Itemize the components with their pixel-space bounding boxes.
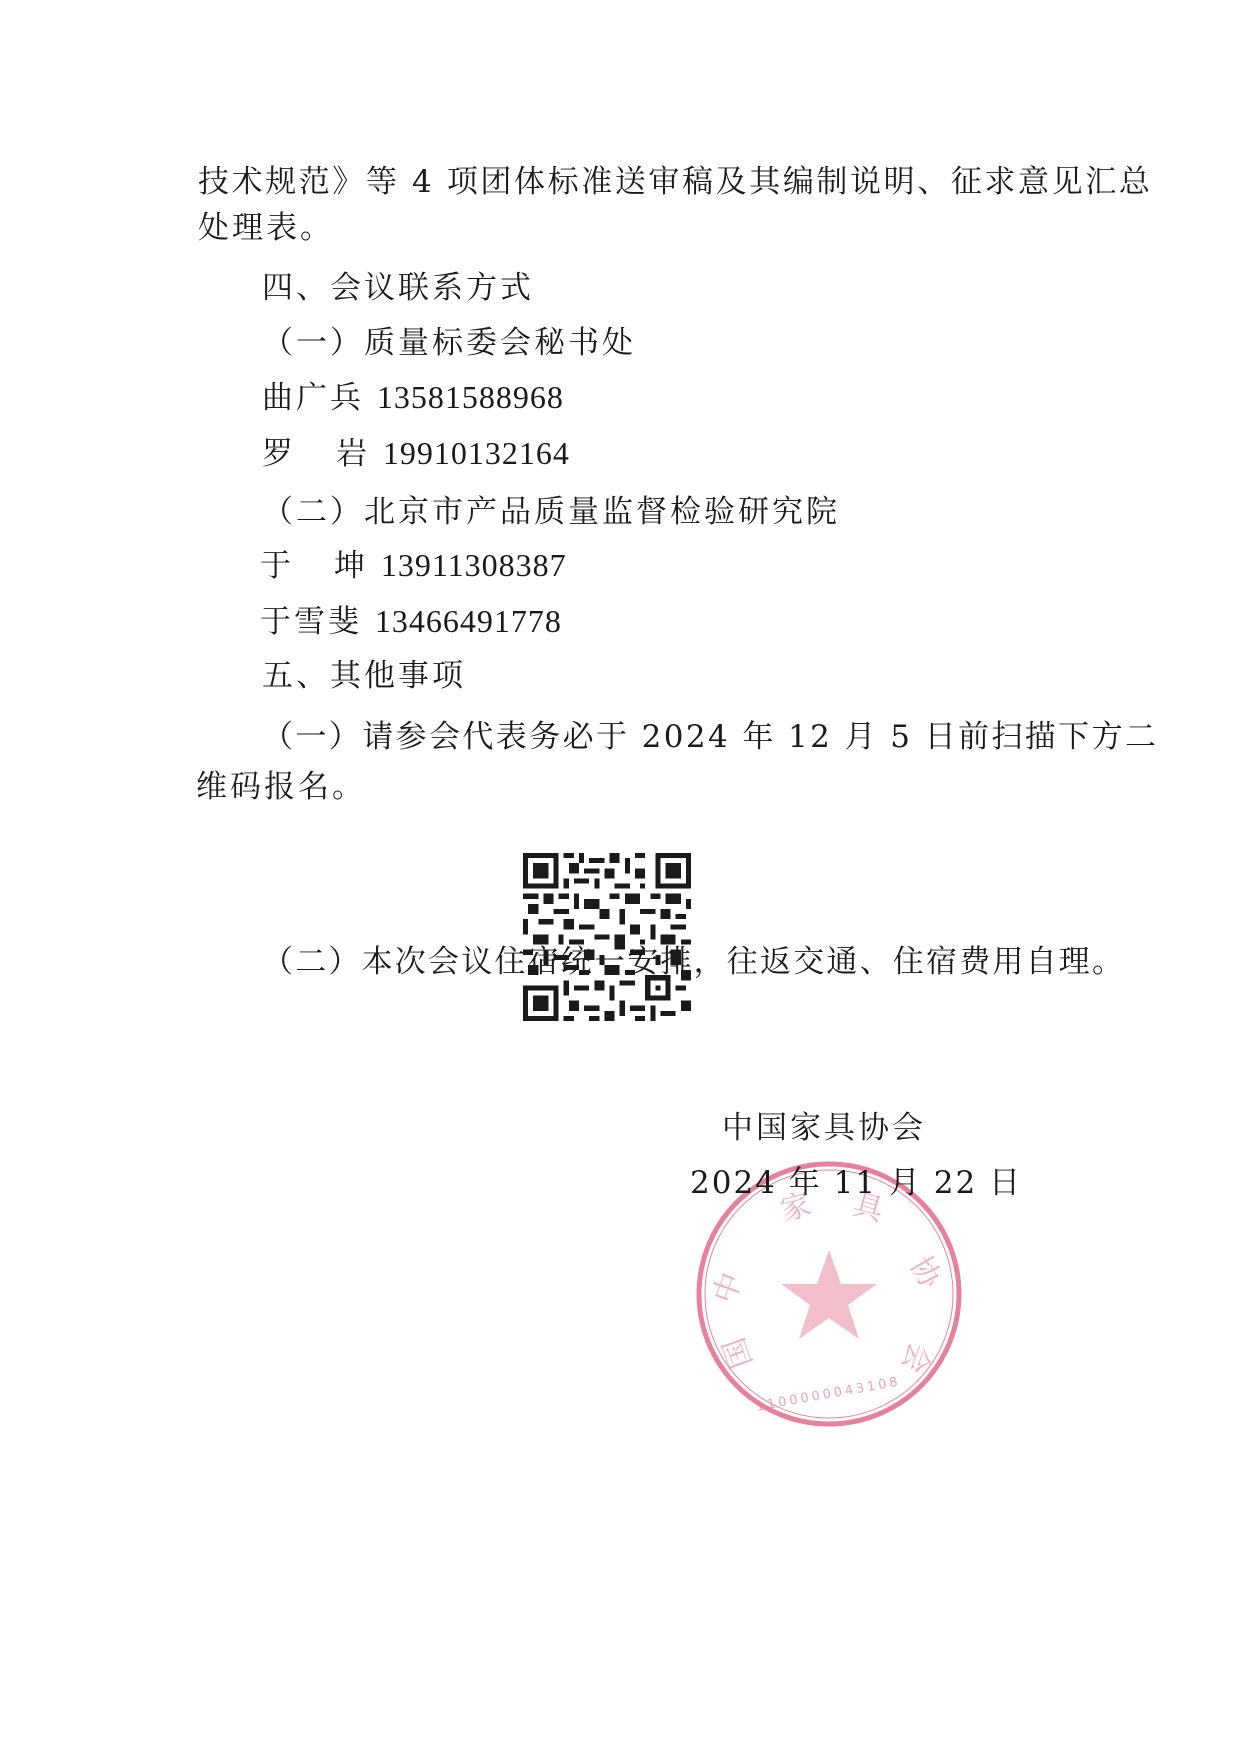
stamp-serial: 1100000043108 xyxy=(755,1374,902,1414)
contact-name: 曲广兵 xyxy=(262,380,364,416)
signature-organization: 中国家具协会 xyxy=(722,1108,926,1148)
section-heading-other: 五、其他事项 xyxy=(262,656,466,696)
contact-group-title-2: （二）北京市产品质量监督检验研究院 xyxy=(262,492,840,532)
registration-qr-code[interactable] xyxy=(521,853,693,1021)
contact-phone: 13466491778 xyxy=(375,603,562,639)
contact-phone: 13581588968 xyxy=(377,379,564,415)
contact-row: 于坤 13911308387 xyxy=(260,545,567,586)
contact-phone: 13911308387 xyxy=(381,547,567,583)
other-item-1-line1: （一）请参会代表务必于 2024 年 12 月 5 日前扫描下方二 xyxy=(262,717,1158,757)
contact-row: 罗岩 19910132164 xyxy=(262,433,570,474)
section-heading-contacts: 四、会议联系方式 xyxy=(262,268,534,308)
stamp-star-icon xyxy=(781,1250,877,1339)
svg-text:协: 协 xyxy=(902,1251,948,1295)
contact-name-part1: 于 xyxy=(260,548,294,584)
contact-name-part2: 坤 xyxy=(334,548,368,584)
other-item-2: （二）本次会议住宿统一安排，往返交通、住宿费用自理。 xyxy=(262,942,1125,982)
contact-row: 曲广兵 13581588968 xyxy=(262,377,564,418)
contact-row: 于雪斐 13466491778 xyxy=(260,601,562,642)
contact-group-title-1: （一）质量标委会秘书处 xyxy=(262,323,636,363)
contact-name: 于雪斐 xyxy=(260,604,362,640)
contact-name-part1: 罗 xyxy=(262,436,296,472)
other-item-1-line2: 维码报名。 xyxy=(196,767,366,807)
svg-text:中: 中 xyxy=(707,1268,750,1308)
contact-phone: 19910132164 xyxy=(383,435,570,471)
paragraph-continuation-line2: 处理表。 xyxy=(198,208,334,248)
paragraph-continuation-line1: 技术规范》等 4 项团体标准送审稿及其编制说明、征求意见汇总 xyxy=(198,162,1152,202)
signature-date: 2024 年 11 月 22 日 xyxy=(690,1163,1022,1203)
contact-name-part2: 岩 xyxy=(336,436,370,472)
